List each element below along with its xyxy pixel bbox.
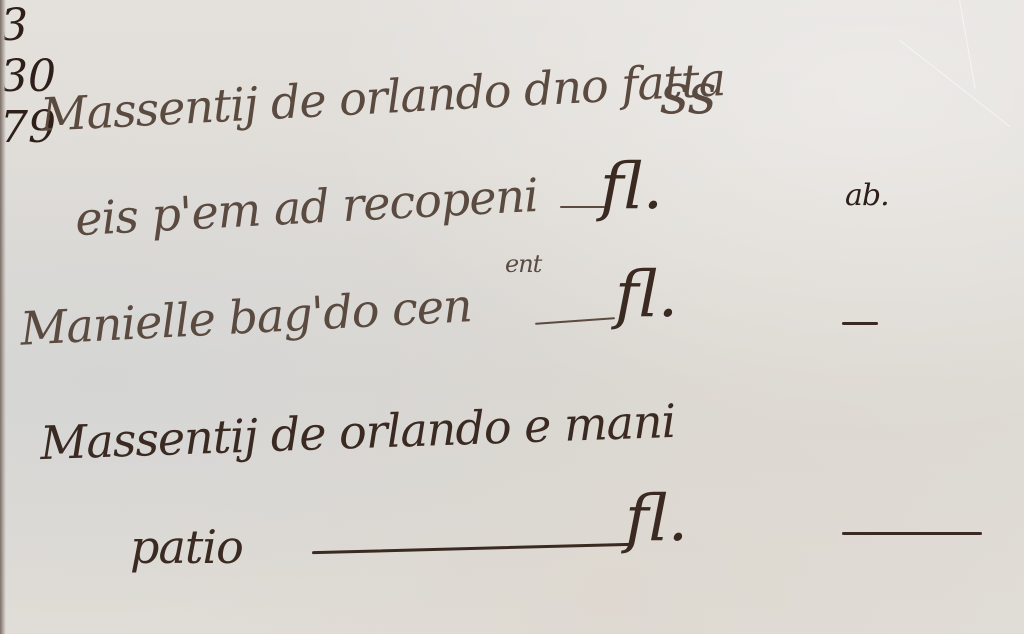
page-edge-shadow (0, 0, 6, 634)
line-2-amount: 3 (0, 0, 1024, 51)
line-4-text: Massentij de orlando e mani (39, 394, 676, 470)
line-3-currency: fl. (615, 258, 678, 332)
line-2-suffix: ab. (845, 178, 889, 213)
line-3-superscript: ent (505, 250, 541, 278)
line-5-text: patio (130, 520, 243, 574)
line-5-dash (312, 543, 632, 554)
manuscript-page: Massentij de orlando dno fatta ss eis p'… (0, 0, 1024, 634)
line-2-currency: fl. (600, 150, 663, 224)
line-5-currency: fl. (625, 482, 688, 556)
line-1-flourish: ss (660, 62, 715, 127)
line-2-dash (560, 206, 605, 208)
line-3-dash (535, 317, 615, 325)
line-3-text: Manielle bag'do cen (19, 278, 473, 356)
line-5-trail-dash (842, 532, 982, 535)
line-2-text: eis p'em ad recopeni (74, 168, 539, 246)
line-3-trail-dash (842, 322, 878, 325)
